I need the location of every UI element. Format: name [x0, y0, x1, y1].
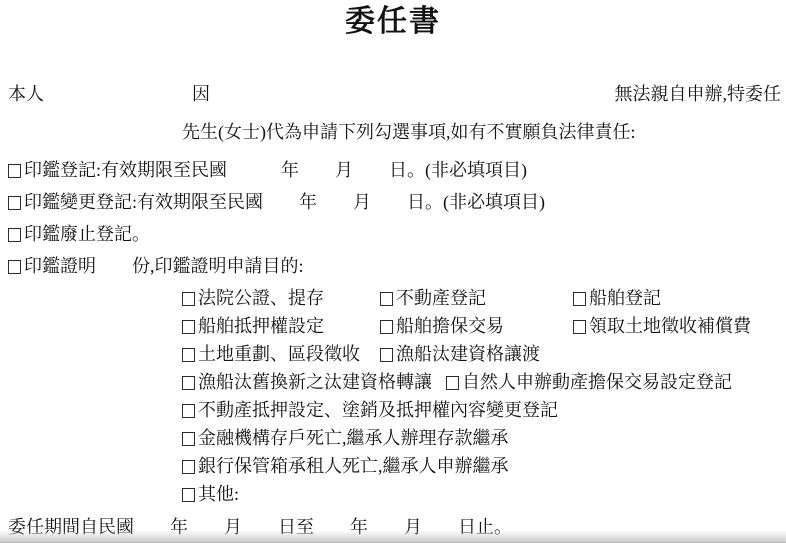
- purpose-label: 土地重劃、區段徵收: [198, 344, 360, 364]
- form-item-label: 印鑑登記:有效期限至民國 年 月 日。(非必填項目): [24, 160, 527, 180]
- checkbox[interactable]: [380, 320, 393, 334]
- purpose-item: 船舶登記: [573, 288, 661, 308]
- purpose-item: 銀行保管箱承租人死亡,繼承人申辦繼承: [182, 456, 509, 476]
- form-item-seal-abolition: 印鑑廢止登記。: [8, 224, 786, 244]
- purpose-item: 法院公證、提存: [182, 288, 380, 308]
- purpose-item: 自然人申辦動產擔保交易設定登記: [446, 372, 732, 392]
- form-item-label: 印鑑廢止登記。: [24, 224, 150, 244]
- purpose-label: 法院公證、提存: [198, 288, 324, 308]
- checkbox[interactable]: [182, 348, 195, 362]
- purpose-label: 漁船汰舊換新之汰建資格轉讓: [198, 372, 432, 392]
- purpose-row: 銀行保管箱承租人死亡,繼承人申辦繼承: [182, 456, 786, 476]
- purpose-label: 自然人申辦動產擔保交易設定登記: [462, 372, 732, 392]
- purpose-checkbox-list: 法院公證、提存 不動產登記 船舶登記 船舶抵押權設定 船舶擔保交易 領取土地徵收…: [182, 288, 786, 504]
- checkbox[interactable]: [8, 196, 21, 210]
- checkbox[interactable]: [446, 376, 459, 390]
- checkbox[interactable]: [182, 488, 195, 502]
- purpose-item: 土地重劃、區段徵收: [182, 344, 380, 364]
- delegation-note: 無法親自申辦,特委任: [615, 84, 782, 104]
- page-title: 委任書: [0, 0, 786, 41]
- form-item-label: 印鑑變更登記:有效期限至民國 年 月 日。(非必填項目): [24, 192, 545, 212]
- purpose-item: 領取土地徵收補償費: [573, 316, 751, 336]
- form-item-label: 印鑑證明 份,印鑑證明申請目的:: [24, 256, 304, 276]
- form-item-seal-registration: 印鑑登記:有效期限至民國 年 月 日。(非必填項目): [8, 160, 786, 180]
- purpose-label: 漁船汰建資格讓渡: [396, 344, 540, 364]
- principal-label: 本人: [8, 84, 44, 104]
- purpose-label: 船舶抵押權設定: [198, 316, 324, 336]
- purpose-row: 法院公證、提存 不動產登記 船舶登記: [182, 288, 786, 308]
- purpose-label: 銀行保管箱承租人死亡,繼承人申辦繼承: [198, 456, 509, 476]
- purpose-label: 不動產抵押設定、塗銷及抵押權內容變更登記: [198, 400, 558, 420]
- delegation-period-line: 委任期間自民國 年 月 日至 年 月 日止。: [8, 517, 786, 537]
- purpose-label: 其他:: [198, 484, 239, 504]
- checkbox[interactable]: [182, 460, 195, 474]
- purpose-item: 漁船汰建資格讓渡: [380, 344, 540, 364]
- checkbox[interactable]: [8, 228, 21, 242]
- principal-line: 本人 因 無法親自申辦,特委任: [8, 84, 781, 104]
- checkbox[interactable]: [8, 260, 21, 274]
- purpose-item: 不動產登記: [380, 288, 573, 308]
- reason-label: 因: [192, 84, 210, 104]
- checkbox[interactable]: [182, 292, 195, 306]
- purpose-label: 船舶擔保交易: [396, 316, 504, 336]
- purpose-item: 其他:: [182, 484, 239, 504]
- checkbox[interactable]: [182, 376, 195, 390]
- form-item-seal-change-registration: 印鑑變更登記:有效期限至民國 年 月 日。(非必填項目): [8, 192, 786, 212]
- purpose-row: 漁船汰舊換新之汰建資格轉讓 自然人申辦動產擔保交易設定登記: [182, 372, 786, 392]
- main-checkbox-list: 印鑑登記:有效期限至民國 年 月 日。(非必填項目) 印鑑變更登記:有效期限至民…: [8, 160, 786, 276]
- purpose-row-other: 其他:: [182, 484, 786, 504]
- checkbox[interactable]: [182, 404, 195, 418]
- purpose-item: 金融機構存戶死亡,繼承人辦理存款繼承: [182, 428, 509, 448]
- purpose-item: 船舶抵押權設定: [182, 316, 380, 336]
- purpose-row: 金融機構存戶死亡,繼承人辦理存款繼承: [182, 428, 786, 448]
- checkbox[interactable]: [573, 320, 586, 334]
- checkbox[interactable]: [380, 348, 393, 362]
- purpose-row: 船舶抵押權設定 船舶擔保交易 領取土地徵收補償費: [182, 316, 786, 336]
- purpose-label: 不動產登記: [396, 288, 486, 308]
- checkbox[interactable]: [573, 292, 586, 306]
- purpose-label: 領取土地徵收補償費: [589, 316, 751, 336]
- purpose-item: 不動產抵押設定、塗銷及抵押權內容變更登記: [182, 400, 558, 420]
- authorization-form-page: 委任書 本人 因 無法親自申辦,特委任 先生(女士)代為申請下列勾選事項,如有不…: [0, 0, 786, 543]
- checkbox[interactable]: [182, 432, 195, 446]
- form-item-seal-certificate: 印鑑證明 份,印鑑證明申請目的:: [8, 256, 786, 276]
- purpose-row: 不動產抵押設定、塗銷及抵押權內容變更登記: [182, 400, 786, 420]
- purpose-row: 土地重劃、區段徵收 漁船汰建資格讓渡: [182, 344, 786, 364]
- purpose-item: 漁船汰舊換新之汰建資格轉讓: [182, 372, 432, 392]
- checkbox[interactable]: [380, 292, 393, 306]
- delegate-statement: 先生(女士)代為申請下列勾選事項,如有不實願負法律責任:: [182, 122, 786, 142]
- checkbox[interactable]: [8, 164, 21, 178]
- purpose-label: 金融機構存戶死亡,繼承人辦理存款繼承: [198, 428, 509, 448]
- purpose-item: 船舶擔保交易: [380, 316, 573, 336]
- checkbox[interactable]: [182, 320, 195, 334]
- purpose-label: 船舶登記: [589, 288, 661, 308]
